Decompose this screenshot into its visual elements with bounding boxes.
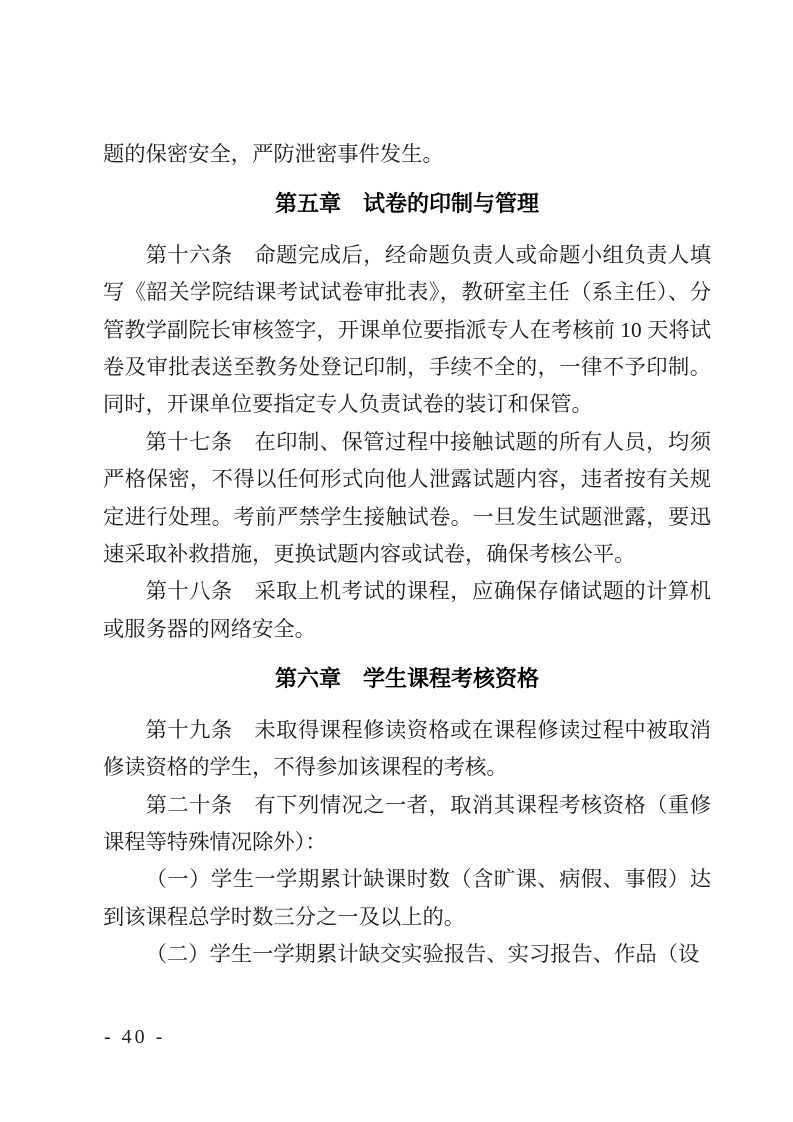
page-number: - 40 - (104, 1026, 165, 1049)
paragraph-continuation: 题的保密安全，严防泄密事件发生。 (103, 136, 711, 173)
document-page: 题的保密安全，严防泄密事件发生。 第五章 试卷的印制与管理 第十六条 命题完成后… (0, 0, 793, 1122)
paragraph-article-17: 第十七条 在印制、保管过程中接触试题的所有人员，均须严格保密，不得以任何形式向他… (103, 424, 711, 574)
chapter-5-heading: 第五章 试卷的印制与管理 (103, 185, 711, 222)
paragraph-item-2: （二）学生一学期累计缺交实验报告、实习报告、作品（设 (103, 936, 711, 973)
document-body: 题的保密安全，严防泄密事件发生。 第五章 试卷的印制与管理 第十六条 命题完成后… (103, 136, 711, 974)
paragraph-article-16: 第十六条 命题完成后，经命题负责人或命题小组负责人填写《韶关学院结课考试试卷审批… (103, 237, 711, 424)
chapter-6-heading: 第六章 学生课程考核资格 (103, 660, 711, 697)
paragraph-item-1: （一）学生一学期累计缺课时数（含旷课、病假、事假）达到该课程总学时数三分之一及以… (103, 861, 711, 936)
paragraph-article-18: 第十八条 采取上机考试的课程，应确保存储试题的计算机或服务器的网络安全。 (103, 573, 711, 648)
paragraph-article-20: 第二十条 有下列情况之一者，取消其课程考核资格（重修课程等特殊情况除外）： (103, 787, 711, 862)
paragraph-article-19: 第十九条 未取得课程修读资格或在课程修读过程中被取消修读资格的学生，不得参加该课… (103, 712, 711, 787)
